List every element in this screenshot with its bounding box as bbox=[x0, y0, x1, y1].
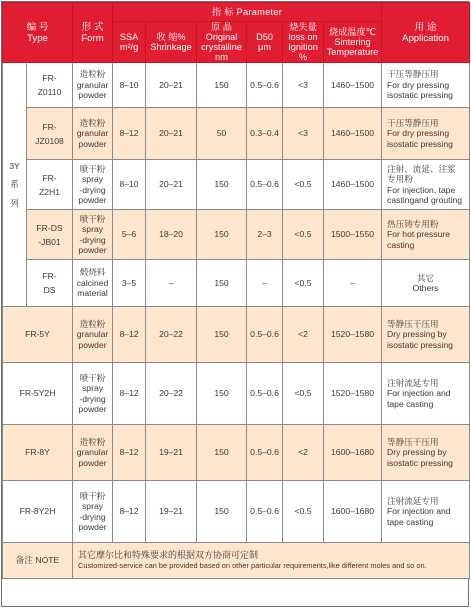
series-label-line: 列 bbox=[5, 198, 24, 208]
cell-shrinkage: 20–21 bbox=[146, 108, 197, 160]
cell-crystalline: 50 bbox=[197, 108, 247, 160]
cell-loi: <0.5 bbox=[283, 260, 324, 307]
type-line: JZ0108 bbox=[29, 134, 70, 148]
cell-ssa: 8–10 bbox=[113, 63, 146, 108]
cell-loi: <3 bbox=[283, 63, 324, 108]
table-row: 3Y 系 列 FR-Z0110 造粒粉granularpowder 8–10 2… bbox=[3, 63, 470, 108]
cell-sintering: 1600–1680 bbox=[324, 425, 382, 481]
form-line: spray bbox=[75, 224, 110, 234]
application-line: For hot pressure bbox=[387, 229, 467, 239]
application-line: Dry pressing by bbox=[387, 329, 467, 339]
cell-application: 注射、流延、注浆专用粉For injection, tapecastingand… bbox=[382, 160, 470, 210]
cell-d50: 0.5–0.6 bbox=[247, 363, 283, 425]
cell-type: FR-Z2H1 bbox=[27, 160, 73, 210]
application-line: Others bbox=[384, 283, 467, 293]
cell-crystalline: 150 bbox=[197, 63, 247, 108]
cell-ssa: 8–12 bbox=[113, 363, 146, 425]
series-group-3y: 3Y 系 列 bbox=[3, 63, 27, 307]
table-row: FR-5Y2H 喷干粉spray-dryingpowder 8–12 20–22… bbox=[3, 363, 470, 425]
form-line: spray bbox=[75, 383, 110, 393]
header-type: 编 号 Type bbox=[3, 3, 73, 63]
cell-application: 等静压干压用Dry pressing byisostatic pressing bbox=[382, 425, 470, 481]
series-label-line: 系 bbox=[5, 179, 24, 189]
cell-crystalline: 150 bbox=[197, 210, 247, 260]
header-loi-unit: % bbox=[285, 52, 321, 62]
form-line: -drying bbox=[75, 512, 110, 522]
form-line: calcined bbox=[75, 278, 110, 288]
header-application-en: Application bbox=[384, 33, 467, 44]
cell-d50: 0.5–0.6 bbox=[247, 425, 283, 481]
header-loi-en2: Ignition bbox=[285, 42, 321, 52]
cell-shrinkage: 19–21 bbox=[146, 481, 197, 543]
application-line: 注射、流延、注浆 bbox=[387, 164, 467, 174]
header-d50-label: D50 bbox=[249, 32, 280, 42]
form-line: -drying bbox=[75, 394, 110, 404]
cell-shrinkage: 18–20 bbox=[146, 210, 197, 260]
application-line: 其它 bbox=[384, 273, 467, 283]
form-line: granular bbox=[75, 80, 110, 90]
cell-application: 注射流延专用For injection andtape casting bbox=[382, 481, 470, 543]
header-sintering: 烧成温度℃SinteringTemperature bbox=[324, 22, 382, 63]
application-line: 注射流延专用 bbox=[387, 496, 467, 506]
form-line: powder bbox=[75, 139, 110, 149]
header-sintering-en2: Temperature bbox=[326, 47, 379, 57]
cell-type: FR-Z0110 bbox=[27, 63, 73, 108]
note-text-cn: 其它摩尔比和特殊要求的根据双方协商可定制 bbox=[78, 550, 467, 560]
cell-sintering: 1460–1500 bbox=[324, 108, 382, 160]
cell-type: FR-DS-JB01 bbox=[27, 210, 73, 260]
cell-form: 造粒粉granularpowder bbox=[73, 63, 113, 108]
form-line: granular bbox=[75, 128, 110, 138]
table-row: FR-JZ0108 造粒粉granularpowder 8–12 20–21 5… bbox=[3, 108, 470, 160]
table-row: FR-8Y2H 喷干粉spray-dryingpowder 8–12 19–21… bbox=[3, 481, 470, 543]
header-ssa-unit: m²/g bbox=[115, 42, 143, 52]
cell-form: 造粒粉granularpowder bbox=[73, 108, 113, 160]
application-line: isostatic pressing bbox=[387, 458, 467, 468]
cell-application: 注射流延专用For injection andtape casting bbox=[382, 363, 470, 425]
cell-crystalline: 150 bbox=[197, 160, 247, 210]
form-line: 造粒粉 bbox=[75, 319, 110, 329]
cell-ssa: 8–12 bbox=[113, 108, 146, 160]
cell-type: FR-8Y2H bbox=[3, 481, 73, 543]
application-line: 专用粉 bbox=[387, 174, 467, 184]
cell-form: 喷干粉spray-dryingpowder bbox=[73, 363, 113, 425]
cell-d50: 0.5–0.6 bbox=[247, 307, 283, 363]
cell-sintering: – bbox=[324, 260, 382, 307]
header-loi-en1: loss on bbox=[285, 32, 321, 42]
type-line: FR- bbox=[29, 120, 70, 134]
cell-shrinkage: 20–22 bbox=[146, 363, 197, 425]
application-line: 热压铸专用粉 bbox=[387, 219, 467, 229]
form-line: -drying bbox=[75, 235, 110, 245]
cell-d50: – bbox=[247, 260, 283, 307]
cell-d50: 0.5–0.6 bbox=[247, 63, 283, 108]
cell-sintering: 1600–1680 bbox=[324, 481, 382, 543]
form-line: 造粒粉 bbox=[75, 118, 110, 128]
cell-loi: <0.5 bbox=[283, 481, 324, 543]
cell-application: 热压铸专用粉For hot pressurecasting bbox=[382, 210, 470, 260]
header-crystalline-cn: 原 晶 bbox=[199, 22, 244, 32]
form-line: 喷干粉 bbox=[75, 373, 110, 383]
cell-loi: <0.5 bbox=[283, 160, 324, 210]
cell-sintering: 1520–1580 bbox=[324, 363, 382, 425]
application-line: 干压等静压用 bbox=[387, 69, 467, 79]
application-line: For injection and bbox=[387, 388, 467, 398]
application-line: tape casting bbox=[387, 517, 467, 527]
header-sintering-cn: 烧成温度℃ bbox=[326, 27, 379, 37]
form-line: granular bbox=[75, 447, 110, 457]
form-line: 造粒粉 bbox=[75, 69, 110, 79]
application-line: Dry pressing by bbox=[387, 447, 467, 457]
cell-application: 等静压干压用Dry pressing byisostatic pressing bbox=[382, 307, 470, 363]
form-line: powder bbox=[75, 195, 110, 205]
header-crystalline-en2: crystalline bbox=[199, 42, 244, 52]
cell-crystalline: 150 bbox=[197, 260, 247, 307]
cell-type: FR-JZ0108 bbox=[27, 108, 73, 160]
form-line: spray bbox=[75, 501, 110, 511]
header-type-en: Type bbox=[5, 33, 70, 44]
table-row: FR-Z2H1 喷干粉spray-dryingpowder 8–10 20–21… bbox=[3, 160, 470, 210]
form-line: 煅烧料 bbox=[75, 267, 110, 277]
application-line: isostatic pressing bbox=[387, 139, 467, 149]
header-form-en: Form bbox=[75, 33, 110, 44]
cell-sintering: 1520–1580 bbox=[324, 307, 382, 363]
header-type-cn: 编 号 bbox=[5, 22, 70, 33]
cell-form: 喷干粉spray-dryingpowder bbox=[73, 481, 113, 543]
application-line: 干压等静压用 bbox=[387, 118, 467, 128]
header-d50-unit: μm bbox=[249, 42, 280, 52]
cell-crystalline: 150 bbox=[197, 363, 247, 425]
cell-form: 造粒粉granularpowder bbox=[73, 425, 113, 481]
form-line: 喷干粉 bbox=[75, 491, 110, 501]
header-parameter-group: 指 标 Parameter bbox=[113, 3, 382, 22]
form-line: powder bbox=[75, 245, 110, 255]
type-line: FR- bbox=[29, 71, 70, 85]
cell-crystalline: 150 bbox=[197, 425, 247, 481]
table-row: FR-DS-JB01 喷干粉spray-dryingpowder 5–6 18–… bbox=[3, 210, 470, 260]
table-row: FR-8Y 造粒粉granularpowder 8–12 19–21 150 0… bbox=[3, 425, 470, 481]
cell-loi: <0.5 bbox=[283, 363, 324, 425]
cell-d50: 0.5–0.6 bbox=[247, 160, 283, 210]
cell-application: 干压等静压用For dry pressingisostatic pressing bbox=[382, 63, 470, 108]
cell-loi: <2 bbox=[283, 425, 324, 481]
cell-form: 喷干粉spray-dryingpowder bbox=[73, 160, 113, 210]
header-crystalline: 原 晶Originalcrystallinenm bbox=[197, 22, 247, 63]
header-form: 形 式 Form bbox=[73, 3, 113, 63]
type-line: Z0110 bbox=[29, 85, 70, 99]
application-line: For dry pressing bbox=[387, 80, 467, 90]
application-line: For dry pressing bbox=[387, 128, 467, 138]
cell-shrinkage: 20–22 bbox=[146, 307, 197, 363]
cell-d50: 0.5–0.6 bbox=[247, 481, 283, 543]
cell-type: FR-5Y2H bbox=[3, 363, 73, 425]
cell-form: 喷干粉spray-dryingpowder bbox=[73, 210, 113, 260]
cell-d50: 2–3 bbox=[247, 210, 283, 260]
application-line: casting bbox=[387, 240, 467, 250]
application-line: For injection, tape bbox=[387, 185, 467, 195]
cell-type: FR-DS bbox=[27, 260, 73, 307]
form-line: material bbox=[75, 288, 110, 298]
cell-sintering: 1500–1550 bbox=[324, 210, 382, 260]
cell-sintering: 1460–1500 bbox=[324, 63, 382, 108]
cell-loi: <2 bbox=[283, 307, 324, 363]
cell-ssa: 8–12 bbox=[113, 425, 146, 481]
header-application: 用 途 Application bbox=[382, 3, 470, 63]
application-line: isostatic pressing bbox=[387, 340, 467, 350]
note-row: 备注 NOTE 其它摩尔比和特殊要求的根据双方协商可定制 Customized-… bbox=[3, 543, 470, 579]
header-sintering-en1: Sintering bbox=[326, 37, 379, 47]
header-crystalline-en1: Original bbox=[199, 32, 244, 42]
form-line: 喷干粉 bbox=[75, 214, 110, 224]
cell-application: 干压等静压用For dry pressingisostatic pressing bbox=[382, 108, 470, 160]
cell-sintering: 1460–1500 bbox=[324, 160, 382, 210]
note-text-en: Customized-service can be provided based… bbox=[78, 561, 467, 571]
cell-d50: 0.3–0.4 bbox=[247, 108, 283, 160]
cell-ssa: 8–12 bbox=[113, 307, 146, 363]
application-line: tape casting bbox=[387, 399, 467, 409]
cell-type: FR-5Y bbox=[3, 307, 73, 363]
form-line: granular bbox=[75, 329, 110, 339]
application-line: castingand grouting bbox=[387, 195, 467, 205]
application-line: 等静压干压用 bbox=[387, 319, 467, 329]
type-line: Z2H1 bbox=[29, 185, 70, 199]
form-line: powder bbox=[75, 458, 110, 468]
header-form-cn: 形 式 bbox=[75, 22, 110, 33]
application-line: 等静压干压用 bbox=[387, 437, 467, 447]
cell-shrinkage: – bbox=[146, 260, 197, 307]
cell-ssa: 8–12 bbox=[113, 481, 146, 543]
cell-loi: <0.5 bbox=[283, 210, 324, 260]
header-application-cn: 用 途 bbox=[384, 22, 467, 33]
table-row: FR-5Y 造粒粉granularpowder 8–12 20–22 150 0… bbox=[3, 307, 470, 363]
cell-application: 其它Others bbox=[382, 260, 470, 307]
form-line: powder bbox=[75, 340, 110, 350]
cell-ssa: 3–5 bbox=[113, 260, 146, 307]
header-d50: D50μm bbox=[247, 22, 283, 63]
cell-form: 造粒粉granularpowder bbox=[73, 307, 113, 363]
header-loi: 烧失量loss onIgnition% bbox=[283, 22, 324, 63]
application-line: isostatic pressing bbox=[387, 90, 467, 100]
form-line: spray bbox=[75, 174, 110, 184]
cell-loi: <3 bbox=[283, 108, 324, 160]
header-shrinkage-en: Shrinkage bbox=[148, 42, 194, 52]
application-line: For injection and bbox=[387, 506, 467, 516]
header-ssa: SSAm²/g bbox=[113, 22, 146, 63]
table-row: FR-DS 煅烧料calcinedmaterial 3–5 – 150 – <0… bbox=[3, 260, 470, 307]
cell-ssa: 5–6 bbox=[113, 210, 146, 260]
cell-shrinkage: 19–21 bbox=[146, 425, 197, 481]
cell-shrinkage: 20–21 bbox=[146, 63, 197, 108]
cell-ssa: 8–10 bbox=[113, 160, 146, 210]
form-line: powder bbox=[75, 404, 110, 414]
type-line: FR- bbox=[29, 171, 70, 185]
application-line: 注射流延专用 bbox=[387, 378, 467, 388]
type-line: DS bbox=[29, 283, 70, 297]
product-spec-table: 编 号 Type 形 式 Form 指 标 Parameter 用 途 Appl… bbox=[2, 2, 470, 579]
cell-type: FR-8Y bbox=[3, 425, 73, 481]
note-text: 其它摩尔比和特殊要求的根据双方协商可定制 Customized-service … bbox=[73, 543, 470, 579]
header-shrinkage: 收 缩%Shrinkage bbox=[146, 22, 197, 63]
header-crystalline-unit: nm bbox=[199, 52, 244, 62]
header-loi-cn: 烧失量 bbox=[285, 22, 321, 32]
header-ssa-line: SSA bbox=[115, 32, 143, 42]
note-label: 备注 NOTE bbox=[3, 543, 73, 579]
cell-shrinkage: 20–21 bbox=[146, 160, 197, 210]
series-label-line: 3Y bbox=[5, 161, 24, 171]
cell-form: 煅烧料calcinedmaterial bbox=[73, 260, 113, 307]
header-shrinkage-cn: 收 缩% bbox=[148, 32, 194, 42]
cell-crystalline: 150 bbox=[197, 307, 247, 363]
type-line: FR- bbox=[29, 269, 70, 283]
form-line: powder bbox=[75, 90, 110, 100]
form-line: -drying bbox=[75, 185, 110, 195]
type-line: FR-DS bbox=[29, 221, 70, 235]
type-line: -JB01 bbox=[29, 235, 70, 249]
form-line: 造粒粉 bbox=[75, 437, 110, 447]
cell-crystalline: 150 bbox=[197, 481, 247, 543]
form-line: powder bbox=[75, 522, 110, 532]
form-line: 喷干粉 bbox=[75, 164, 110, 174]
